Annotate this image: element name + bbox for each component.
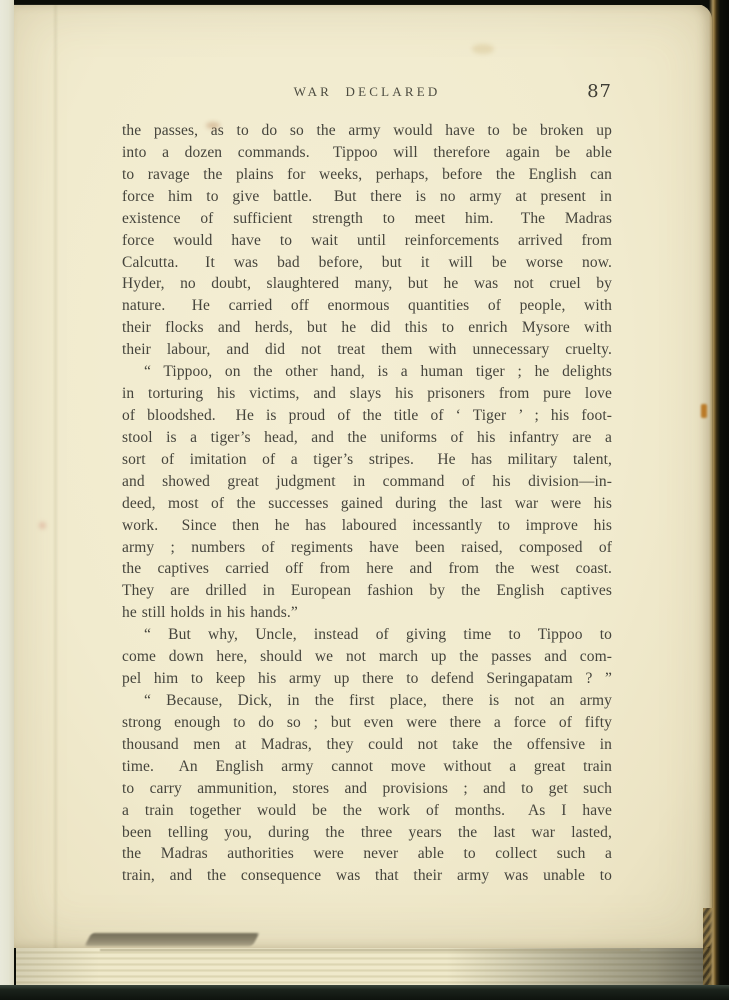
text-line: the captives carried off from here and f… bbox=[122, 558, 612, 580]
text-line: the passes, as to do so the army would h… bbox=[122, 120, 612, 142]
text-line: been telling you, during the three years… bbox=[122, 822, 612, 844]
text-line: pel him to keep his army up there to def… bbox=[122, 668, 612, 690]
text-line: nature. He carried off enormous quantiti… bbox=[122, 295, 612, 317]
paragraph: “ Tippoo, on the other hand, is a human … bbox=[122, 361, 612, 624]
text-line: a train together would be the work of mo… bbox=[122, 800, 612, 822]
text-line: deed, most of the successes gained durin… bbox=[122, 493, 612, 515]
body-text: the passes, as to do so the army would h… bbox=[122, 120, 612, 887]
text-line: into a dozen commands. Tippoo will there… bbox=[122, 142, 612, 164]
text-line: “ But why, Uncle, instead of giving time… bbox=[122, 624, 612, 646]
text-line: to ravage the plains for weeks, perhaps,… bbox=[122, 164, 612, 186]
text-line: sort of imitation of a tiger’s stripes. … bbox=[122, 449, 612, 471]
stain-mark bbox=[39, 522, 46, 529]
shadow-smudge bbox=[85, 933, 260, 946]
text-line: he still holds in his hands.” bbox=[122, 602, 612, 624]
page-gutter-crease bbox=[54, 4, 57, 989]
text-line: work. Since then he has laboured incessa… bbox=[122, 515, 612, 537]
text-line: train, and the consequence was that thei… bbox=[122, 865, 612, 887]
facing-page-edge bbox=[0, 0, 14, 987]
book-page: WAR DECLARED 87 the passes, as to do so … bbox=[14, 4, 712, 948]
book-cover-bottom-edge bbox=[0, 985, 729, 1000]
text-line: stool is a tiger’s head, and the uniform… bbox=[122, 427, 612, 449]
book-scan: WAR DECLARED 87 the passes, as to do so … bbox=[0, 0, 729, 1000]
book-cover-right-edge bbox=[709, 0, 729, 1000]
paragraph: “ Because, Dick, in the first place, the… bbox=[122, 690, 612, 887]
running-head-title: WAR DECLARED bbox=[122, 84, 612, 100]
text-line: force would have to wait until reinforce… bbox=[122, 230, 612, 252]
paragraph: the passes, as to do so the army would h… bbox=[122, 120, 612, 361]
paragraph: “ But why, Uncle, instead of giving time… bbox=[122, 624, 612, 690]
page-bottom-edge-line bbox=[100, 949, 640, 951]
stain-mark bbox=[206, 122, 220, 129]
page-edge-mark bbox=[701, 404, 707, 418]
page-number: 87 bbox=[587, 81, 612, 102]
book-cover-top-edge bbox=[14, 0, 729, 5]
text-line: Hyder, no doubt, slaughtered many, but h… bbox=[122, 273, 612, 295]
text-line: time. An English army cannot move withou… bbox=[122, 756, 612, 778]
text-line: thousand men at Madras, they could not t… bbox=[122, 734, 612, 756]
stain-mark bbox=[472, 44, 494, 54]
text-line: They are drilled in European fashion by … bbox=[122, 580, 612, 602]
text-line: “ Tippoo, on the other hand, is a human … bbox=[122, 361, 612, 383]
text-line: Calcutta. It was bad before, but it will… bbox=[122, 252, 612, 274]
text-line: force him to give battle. But there is n… bbox=[122, 186, 612, 208]
text-line: their labour, and did not treat them wit… bbox=[122, 339, 612, 361]
text-line: of bloodshed. He is proud of the title o… bbox=[122, 405, 612, 427]
text-line: in torturing his victims, and slays his … bbox=[122, 383, 612, 405]
text-line: strong enough to do so ; but even were t… bbox=[122, 712, 612, 734]
text-line: “ Because, Dick, in the first place, the… bbox=[122, 690, 612, 712]
page-stack-shadow bbox=[16, 948, 710, 985]
text-line: and showed great judgment in command of … bbox=[122, 471, 612, 493]
page-header: WAR DECLARED 87 bbox=[122, 84, 612, 104]
text-line: to carry ammunition, stores and provisio… bbox=[122, 778, 612, 800]
text-line: the Madras authorities were never able t… bbox=[122, 843, 612, 865]
text-line: existence of sufficient strength to meet… bbox=[122, 208, 612, 230]
text-line: army ; numbers of regiments have been ra… bbox=[122, 537, 612, 559]
text-line: their flocks and herds, but he did this … bbox=[122, 317, 612, 339]
text-line: come down here, should we not march up t… bbox=[122, 646, 612, 668]
